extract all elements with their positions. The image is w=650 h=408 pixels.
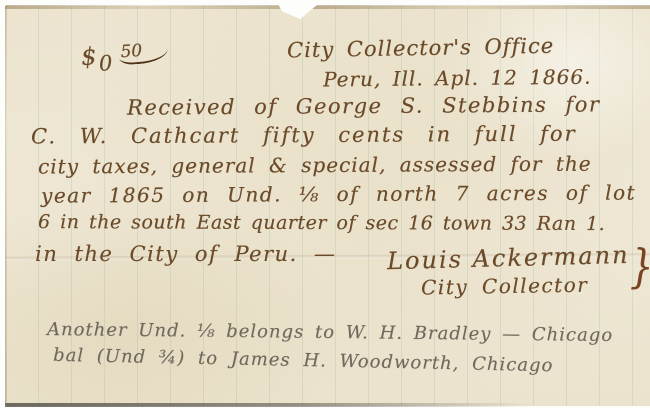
- receipt-scan: $050 City Collector's Office Peru, Ill. …: [0, 0, 650, 408]
- paper-tear-notch: [277, 5, 317, 19]
- receipt-body-line: in the City of Peru. —: [35, 242, 336, 266]
- amount-dollars: 0: [98, 51, 113, 76]
- paper-sheet: $050 City Collector's Office Peru, Ill. …: [5, 6, 650, 406]
- receipt-body-line: year 1865 on Und. ⅛ of north 7 acres of …: [41, 180, 636, 207]
- receipt-body-line: Received of George S. Stebbins for: [127, 92, 601, 119]
- amount-cents: 50: [118, 39, 169, 65]
- receipt-body-line: 6 in the south East quarter of sec 16 to…: [38, 211, 605, 235]
- signature-name: Louis Ackermann: [387, 241, 630, 275]
- office-header: City Collector's Office: [287, 34, 554, 63]
- receipt-body-line: city taxes, general & special, assessed …: [38, 152, 592, 179]
- date-line: Peru, Ill. Apl. 12 1866.: [323, 65, 592, 92]
- pencil-note-line: bal (Und ¾) to James H. Woodworth, Chica…: [53, 345, 554, 376]
- signer-title: City Collector: [421, 273, 589, 300]
- receipt-body-line: C. W. Cathcart fifty cents in full for: [31, 122, 577, 149]
- pencil-note-line: Another Und. ⅛ belongs to W. H. Bradley …: [47, 319, 613, 346]
- signature-brace: }: [630, 239, 650, 293]
- dollar-sign: $: [80, 42, 97, 71]
- paper-bottom-edge: [5, 403, 534, 407]
- amount: $050: [80, 37, 169, 71]
